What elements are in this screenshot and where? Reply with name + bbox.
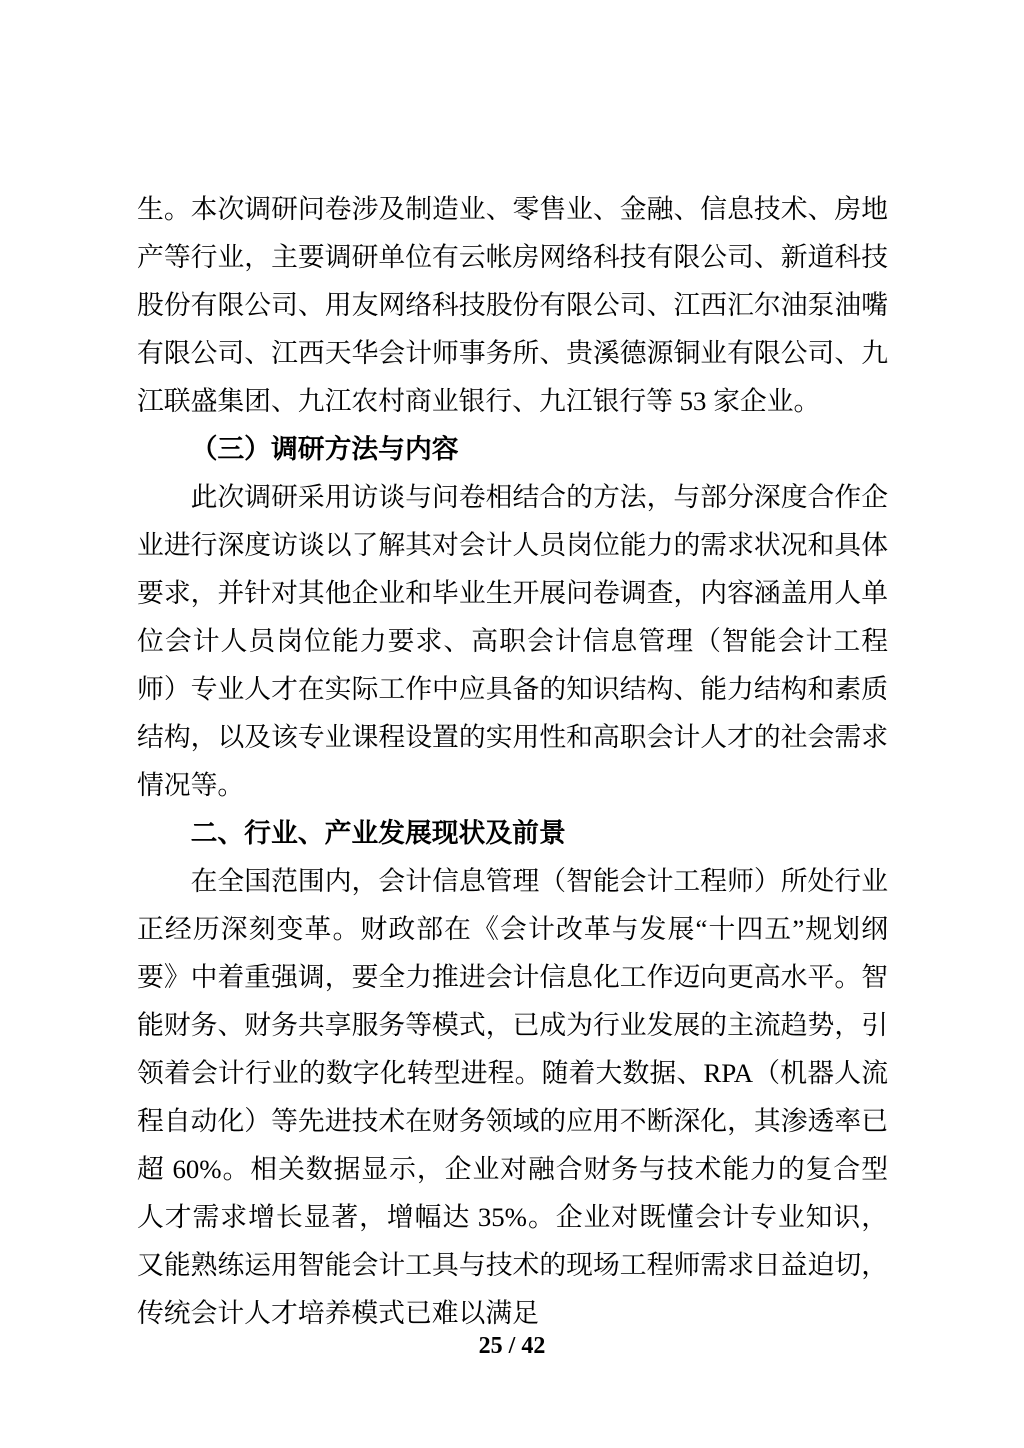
section-heading: （三）调研方法与内容 (137, 425, 888, 473)
document-page: 生。本次调研问卷涉及制造业、零售业、金融、信息技术、房地产等行业，主要调研单位有… (0, 0, 1024, 1448)
paragraph: 在全国范围内，会计信息管理（智能会计工程师）所处行业正经历深刻变革。财政部在《会… (137, 857, 888, 1337)
paragraph: 生。本次调研问卷涉及制造业、零售业、金融、信息技术、房地产等行业，主要调研单位有… (137, 185, 888, 425)
page-number: 25 / 42 (479, 1333, 546, 1359)
document-body: 生。本次调研问卷涉及制造业、零售业、金融、信息技术、房地产等行业，主要调研单位有… (137, 185, 888, 1337)
section-heading: 二、行业、产业发展现状及前景 (137, 809, 888, 857)
paragraph: 此次调研采用访谈与问卷相结合的方法，与部分深度合作企业进行深度访谈以了解其对会计… (137, 473, 888, 809)
page-footer: 25 / 42 (0, 1331, 1024, 1361)
